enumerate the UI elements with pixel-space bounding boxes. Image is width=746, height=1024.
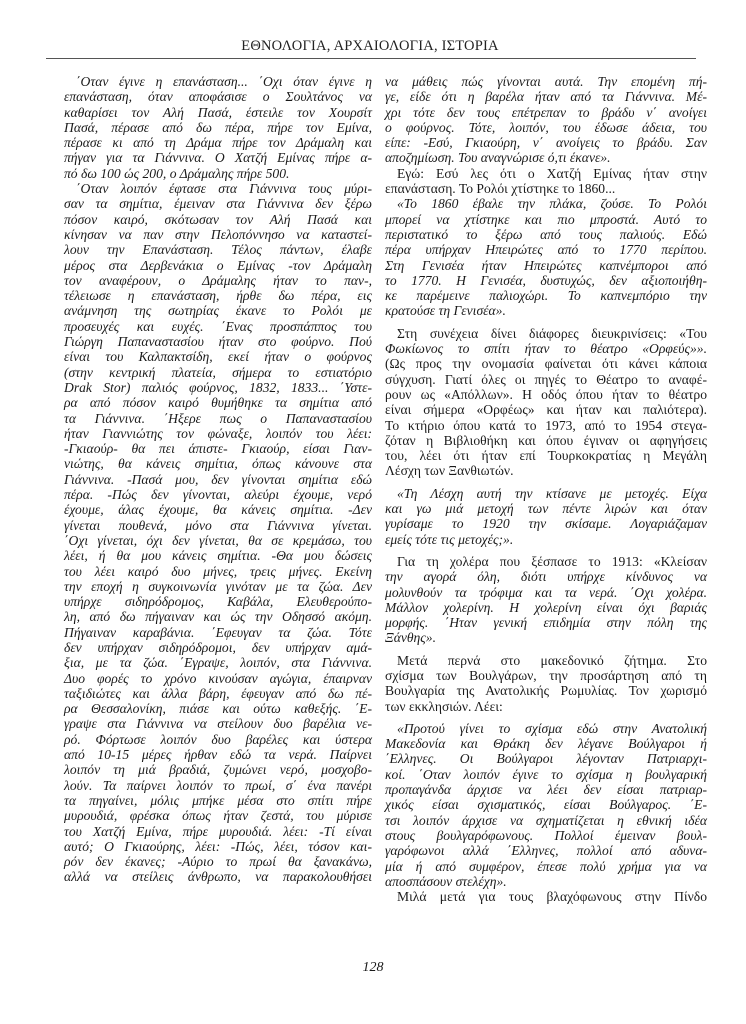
text-line: Πήγαιναν καραβάνια. ΄Εφευγαν τα ζώα. Τότ… (64, 625, 372, 640)
text-line: ΄Οχι γίνεται, όχι δεν γίνεται, θα σε κρε… (64, 533, 372, 548)
text-line: τον αναφέρουν, ο Δράμαλης ήταν το παν-, (64, 273, 372, 288)
text-line: ΄Οταν έγινε η επανάσταση... ΄Οχι όταν έγ… (64, 74, 372, 89)
text-line: Δυο φορές το χρόνο κινούσαν αγώγια, έπαι… (64, 671, 372, 686)
text-line: Μετά περνά στο μακεδονικό ζήτημα. Στο (385, 653, 707, 668)
left-column: ΄Οταν έγινε η επανάσταση... ΄Οχι όταν έγ… (64, 74, 372, 885)
header-rule (46, 58, 696, 59)
text-line: «Το 1860 έβαλε την πλάκα, ζούσε. Το Ρολό… (385, 196, 707, 211)
text-line: Μάλλον χολερίνη. Η χολερίνη είναι όχι βα… (385, 600, 707, 615)
text-line: την εποχή η συγκοινωνία γινόταν με τα ζώ… (64, 579, 372, 594)
text-line: Λέσχη των Ξανθιωτών. (385, 463, 707, 478)
paragraph-gap (385, 646, 707, 653)
text-line: μορφής. ΄Ηταν γενική επιδημία στην πόλη … (385, 615, 707, 630)
text-line: Μιλά μετά για τους βλαχόφωνους στην Πίνδ… (385, 889, 707, 904)
text-line: Γιάννινα. -Πασά μου, δεν γίνονται σημίτι… (64, 472, 372, 487)
text-line: πό δω 100 ώς 200, ο Δράμαλης πήρε 500. (64, 166, 372, 181)
text-line: λούν. Τα παίρνει λοιπόν το πρωί, σ΄ ένα … (64, 778, 372, 793)
text-line: Στη συνέχεια δίνει διάφορες διευκρινίσει… (385, 326, 707, 341)
text-line: Φωκίωνος το σπίτι ήταν το θέατρο «Ορφεύς… (385, 341, 707, 356)
page-number: 128 (0, 960, 746, 976)
text-line: μπορεί να χτίστηκε και πιο μπροστά. Αυτό… (385, 212, 707, 227)
text-line: του λέει καιρό δυο μήνες, τρεις μήνες. Ε… (64, 564, 372, 579)
text-line: του Χατζή Εμίνα, πήρε μυρουδιά. λέει: -Τ… (64, 824, 372, 839)
text-line: εμείς τότε τις μετοχές;». (385, 532, 707, 547)
text-line: προπαγάνδα άρχισε να λέει δεν είσαι πατρ… (385, 782, 707, 797)
text-line: πόσον καιρό, σκότωσαν τον Αλή Πασά και (64, 212, 372, 227)
text-line: (στην κεντρική πλατεία, σήμερα το εστιατ… (64, 365, 372, 380)
text-line: (Ως προς την ονομασία φαίνεται ότι κάνει… (385, 356, 707, 371)
paragraph-gap (385, 547, 707, 554)
text-line: Βουλγαρία της Ανατολικής Ρωμυλίας. Τον χ… (385, 683, 707, 698)
text-line: ρουν ως «Απόλλων». Η οδός όπου ήταν το θ… (385, 387, 707, 402)
text-line: Drak Stor) παλιός φούρνος, 1832, 1833...… (64, 380, 372, 395)
text-line: ΄Ελληνες. Οι Βούλγαροι λέγονταν Πατριαρχ… (385, 751, 707, 766)
text-line: αποζημίωση. Του αναγνώρισε ό,τι έκανε». (385, 150, 707, 165)
text-line: «Τη Λέσχη αυτή την κτίσανε με μετοχές. Ε… (385, 486, 707, 501)
text-line: Εγώ: Εσύ λες ότι ο Χατζή Εμίνας ήταν στη… (385, 166, 707, 181)
text-line: γίνεται πουθενά, μόνο στα Γιάννινα γίνετ… (64, 518, 372, 533)
text-line: νιώτης, θα κάνεις σημίτια, όπως κάνουνε … (64, 456, 372, 471)
text-line: κίνησαν να παν στην Πελοπόννησο να κατασ… (64, 227, 372, 242)
text-line: ήταν Γιαννιώτης τον φώναξε, λοιπόν του λ… (64, 426, 372, 441)
text-line: δεν υπήρχαν σιδηρόδρομοι, δεν υπήρχαν αμ… (64, 640, 372, 655)
text-line: μολυνθούν τα τρόφιμα και τα νερά. ΄Οχι χ… (385, 585, 707, 600)
text-line: περιστατικό το ξέρω από τους παλιούς. Εδ… (385, 227, 707, 242)
text-line: προσευχές και ευχές. ΄Ενας προσπάππος το… (64, 319, 372, 334)
text-line: μυρουδιά, φρέσκα όπως ήταν ζεστά, του μύ… (64, 808, 372, 823)
text-line: είναι του Καλπακτσίδη, εκεί ήταν ο φούρν… (64, 349, 372, 364)
text-line: των εκκλησιών. Λέει: (385, 699, 707, 714)
paragraph-gap (385, 319, 707, 326)
text-line: πέρασε κι από τη Δράμα πήρε τον Δράμαλη … (64, 135, 372, 150)
text-line: γαρόφωνοι αλλά ΄Ελληνες, πολλοί από αδυν… (385, 843, 707, 858)
text-line: ρό. Φόρτωσε λοιπόν δυο βαρέλες και ύστερ… (64, 732, 372, 747)
text-line: ζόταν η Βιβλιοθήκη και όπου έγιναν οι αφ… (385, 433, 707, 448)
right-column: να μάθεις πώς γίνονται αυτά. Την επομένη… (385, 74, 707, 904)
text-line: -Γκιαούρ- θα πει άπιστε- Γκιαούρ, είσαι … (64, 441, 372, 456)
text-line: λέει, ή θα μου κάνεις σημίτια. -Θα μου δ… (64, 548, 372, 563)
text-line: Πασά, πέρασε από δω πέρα, πήρε τον Εμίνα… (64, 120, 372, 135)
text-line: Γιώργη Παπαναστασίου ήταν στο φούρνο. Πο… (64, 334, 372, 349)
text-line: είναι σήμερα «Ορφέως» και ήταν και παλιό… (385, 402, 707, 417)
text-line: υπήρχε σιδηρόδρομος, Καβάλα, Ελευθερούπο… (64, 594, 372, 609)
text-line: τα πηγαίνει, μόλις μπήκε μέσα στο σπίτι … (64, 793, 372, 808)
text-line: κε παρέμεινε παλιοχώρι. Το καπνεμπόριο τ… (385, 288, 707, 303)
text-line: σύγχυση. Γιατί όλες οι πηγές το Θέατρο τ… (385, 372, 707, 387)
text-line: αποσπάσουν στελέχη». (385, 874, 707, 889)
text-line: ο φούρνος. Τότε, λοιπόν, του έδωσε άδεια… (385, 120, 707, 135)
text-line: το 1770. Η Γενισέα, δυστυχώς, δεν αξιοπο… (385, 273, 707, 288)
text-line: την αγορά όλη, διότι υπήρχε κίνδυνος να (385, 569, 707, 584)
text-line: να μάθεις πώς γίνονται αυτά. Την επομένη… (385, 74, 707, 89)
text-line: πέρα. -Πώς δεν γίνονται, αλεύρι έχουμε, … (64, 487, 372, 502)
text-line: πήγαν για τα Γιάννινα. Ο Χατζή Εμίνας πή… (64, 150, 372, 165)
text-line: ανάμνηση της σωτηρίας έκανε το Ρολόι με (64, 303, 372, 318)
text-line: χρι τότε δεν τους επέτρεπαν το βράδυ ν΄ … (385, 105, 707, 120)
text-line: χικός είσαι σχισματικός, είσαι Βούλγαρος… (385, 797, 707, 812)
text-line: από 10-15 μέρες ήρθαν εδώ τα νερά. Παίρν… (64, 747, 372, 762)
text-line: και γω μιά μετοχή των πέντε λιρών και ότ… (385, 501, 707, 516)
text-line: στους βουλγαρόφωνους. Πολλοί έμειναν βου… (385, 828, 707, 843)
text-line: επανάσταση, όταν αποφάσισε ο Σουλτάνος ν… (64, 89, 372, 104)
text-line: Για τη χολέρα που ξέσπασε το 1913: «Κλεί… (385, 554, 707, 569)
text-line: ρόν δεν έκανες; -Αύριο το πρωί θα ξανακά… (64, 854, 372, 869)
text-line: τα Γιάννινα. ΄Ηξερε πως ο Παπαναστασίου (64, 411, 372, 426)
text-line: Μακεδονία και Θράκη δεν λέγανε Βούλγαροι… (385, 736, 707, 751)
text-line: λοιπόν τη μιά βραδιά, ζυμώνει νερό, μοσχ… (64, 762, 372, 777)
text-line: ρα από πόσον καιρό θυμήθηκε τα σημίτια α… (64, 395, 372, 410)
text-line: γε, είδε ότι η βαρέλα ήταν από τα Γιάννι… (385, 89, 707, 104)
text-line: τέλειωσε η επανάσταση, ήρθε δω πέρα, εις (64, 288, 372, 303)
text-line: αλλά να στείλεις άνθρωπο, να παρακολουθή… (64, 869, 372, 884)
text-line: ΄Οταν λοιπόν έφτασε στα Γιάννινα τους μύ… (64, 181, 372, 196)
text-line: κοί. ΄Οταν λοιπόν έγινε το σχίσμα η βουλ… (385, 767, 707, 782)
paragraph-gap (385, 714, 707, 721)
text-line: πέρα υπήρχαν Ηπειρώτες από το 1770 περίπ… (385, 242, 707, 257)
text-line: Ξάνθης». (385, 630, 707, 645)
text-line: επανάσταση. Το Ρολόι χτίστηκε το 1860... (385, 181, 707, 196)
paragraph-gap (385, 479, 707, 486)
text-line: ρα Θεσσαλονίκη, πιάσε και ούτω καθεξής. … (64, 701, 372, 716)
running-header: ΕΘΝΟΛΟΓΙΑ, ΑΡΧΑΙΟΛΟΓΙΑ, ΙΣΤΟΡΙΑ (46, 38, 694, 55)
text-line: ξια, με τα ζώα. ΄Εγραψε, λοιπόν, στα Γιά… (64, 655, 372, 670)
text-line: γραψε στα Γιάννινα να στείλουν δυο βαρέλ… (64, 716, 372, 731)
text-line: καθαρίσει τον Αλή Πασά, έστειλε τον Χουρ… (64, 105, 372, 120)
text-line: μία ή από συμφέρον, έπεσε πολύ χρήμα για… (385, 859, 707, 874)
text-line: τσι λοιπόν άρχισε να σχηματίζεται η εθνι… (385, 813, 707, 828)
text-line: λη, από δω πήγαιναν και ώς την Οδησσό ακ… (64, 609, 372, 624)
text-line: ταξιδιώτες και άλλα βάρη, έφευγαν από δω… (64, 686, 372, 701)
text-line: μέρος στα Δερβενάκια ο Εμίνας -τον Δράμα… (64, 258, 372, 273)
text-line: σχίσμα των Βουλγάρων, την προσάρτηση από… (385, 668, 707, 683)
text-line: του, λέει ότι ήταν επί Τουρκοκρατίας η Μ… (385, 448, 707, 463)
text-line: κρατούσε τη Γενισέα». (385, 303, 707, 318)
text-line: έχουμε, άλας έχουμε, θα κάνεις σημίτια. … (64, 502, 372, 517)
text-line: Στη Γενισέα ήταν Ηπειρώτες καπνέμποροι α… (385, 258, 707, 273)
text-line: «Προτού γίνει το σχίσμα εδώ στην Ανατολι… (385, 721, 707, 736)
text-line: αυτό; Ο Γκιαούρης, λέει: -Πώς, λέει, τόσ… (64, 839, 372, 854)
text-line: Το κτήριο όπου κατά το 1973, από το 1954… (385, 418, 707, 433)
text-line: είπε: -Εσύ, Γκιαούρη, ν΄ ανοίγεις το βρά… (385, 135, 707, 150)
text-line: σαν τα σημίτια, έμειναν στα Γιάννινα δεν… (64, 196, 372, 211)
text-line: γυρίσαμε το 1920 την σκίσαμε. Λογαριάζαμ… (385, 516, 707, 531)
text-line: λουν την Επανάσταση. Τέλος πάντων, έλαβε (64, 242, 372, 257)
